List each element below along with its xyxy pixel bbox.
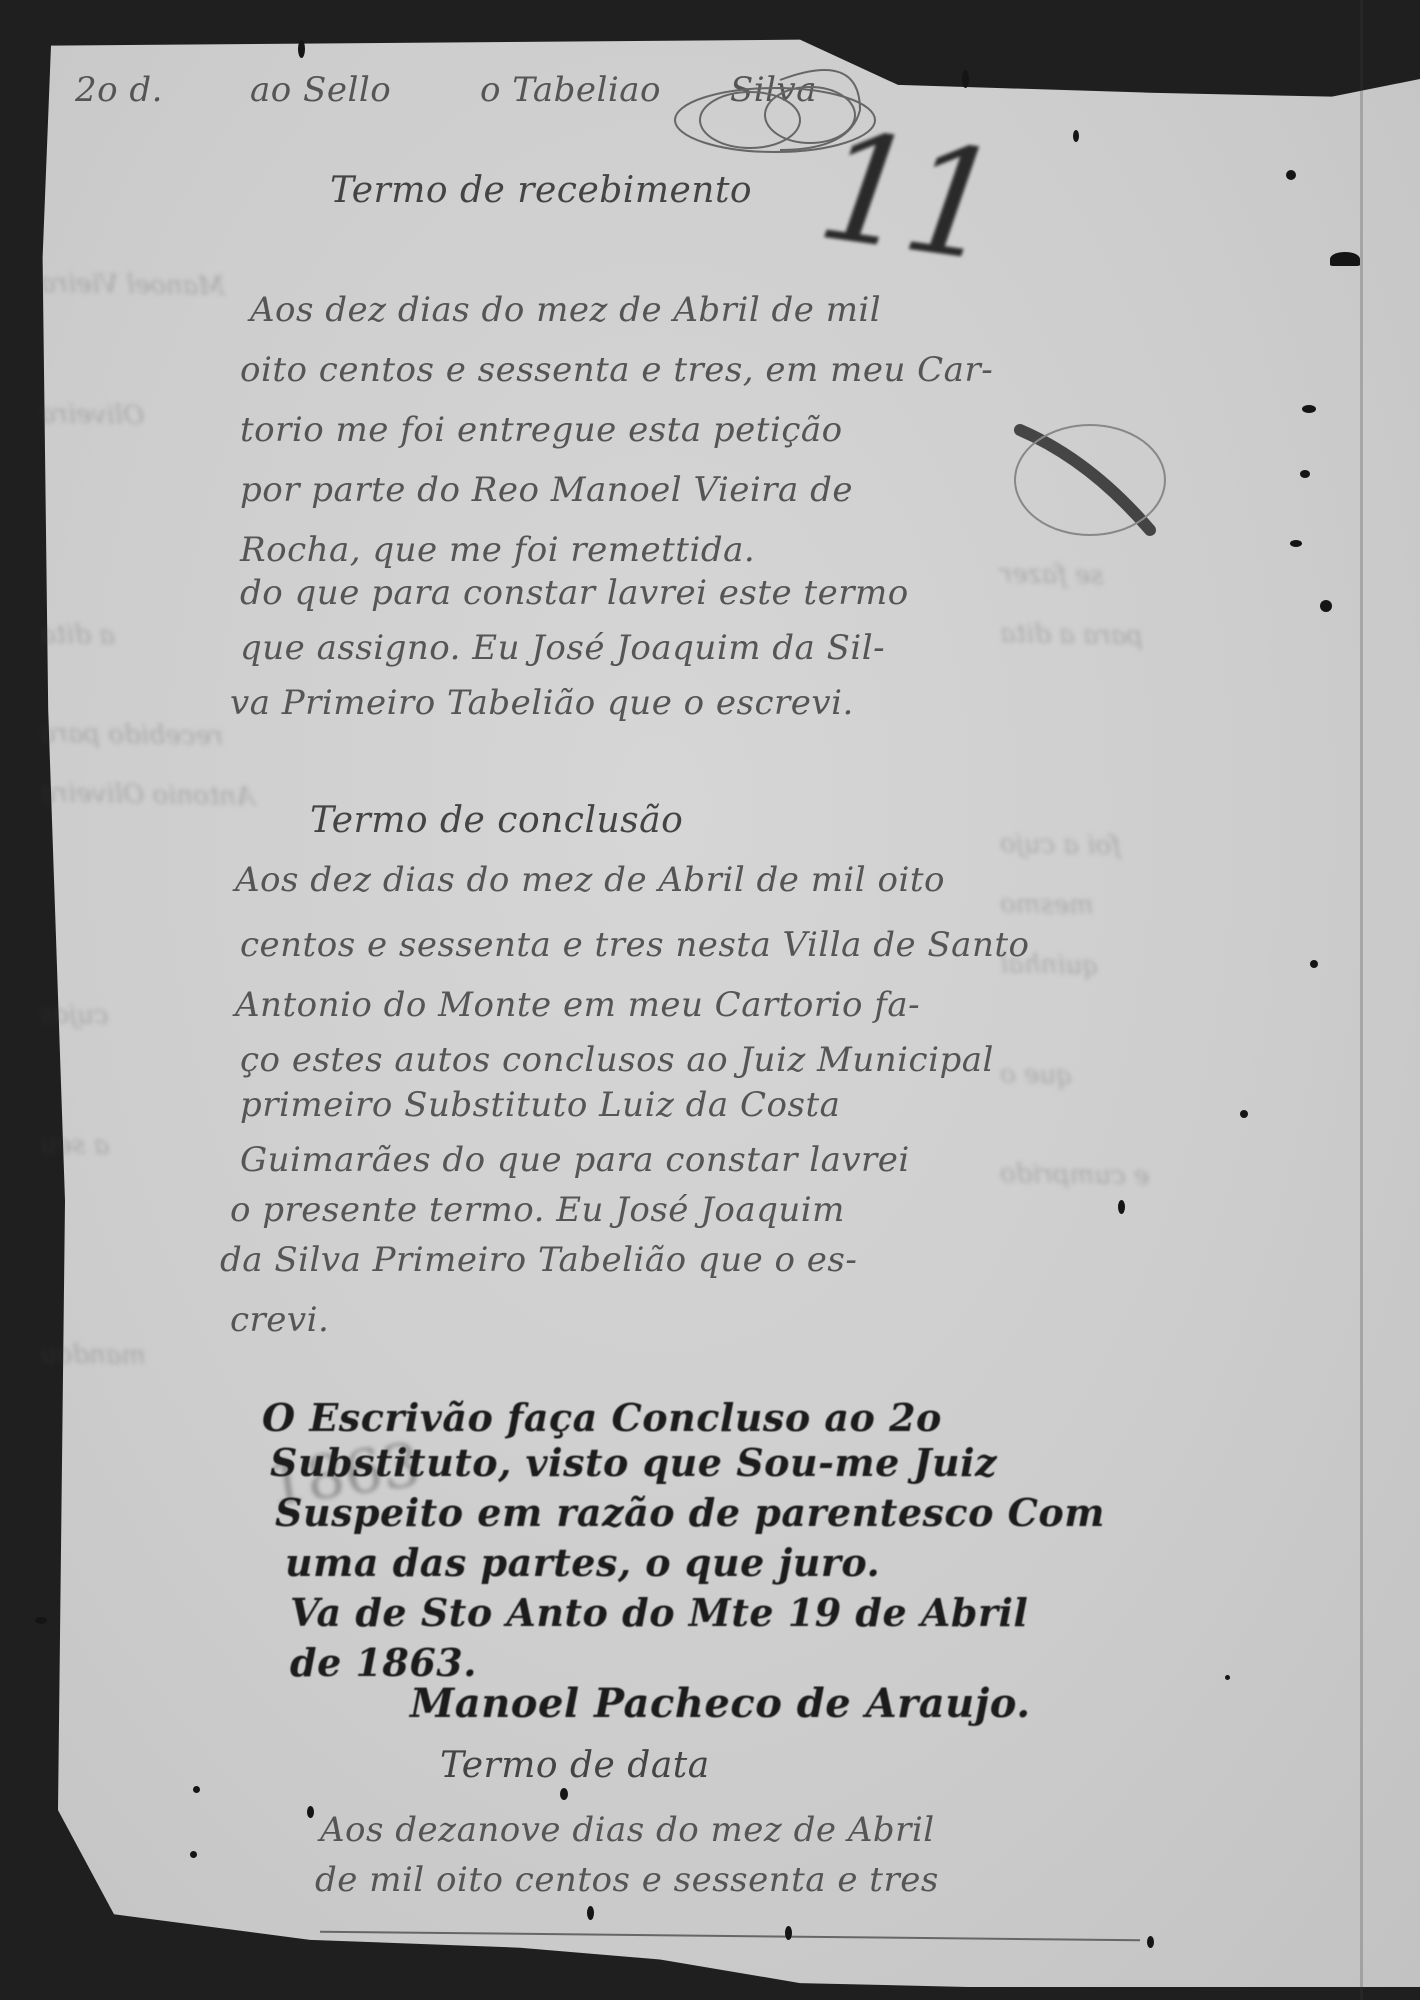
- text-line: Rocha, que me foi remettida.: [240, 530, 755, 570]
- text-line: va Primeiro Tabelião que o escrevi.: [230, 683, 854, 723]
- ink-spot: [1302, 405, 1316, 413]
- section-heading-conclusao: Termo de conclusão: [310, 800, 683, 841]
- text-line: por parte do Reo Manoel Vieira de: [240, 470, 853, 510]
- header-tabeliao: o Tabeliao: [480, 70, 661, 110]
- header-sello: ao Sello: [250, 70, 391, 110]
- text-line: Guimarães do que para constar lavrei: [240, 1140, 910, 1180]
- text-line: centos e sessenta e tres nesta Villa de …: [240, 925, 1029, 965]
- ink-spot: [1240, 1110, 1248, 1118]
- bleed-through-text: Antonio Oliveira: [40, 778, 255, 812]
- ink-spot: [35, 1617, 47, 1624]
- text-line: torio me foi entregue esta petição: [240, 410, 843, 450]
- header-fee-note: 2o d.: [75, 70, 163, 110]
- bleed-through-text: cujos: [40, 999, 109, 1030]
- bleed-through-text: foi a cujo: [1000, 829, 1121, 861]
- bleed-through-text: mandou: [40, 1339, 146, 1371]
- bleed-through-text: Manoel Vieira: [40, 268, 225, 301]
- ink-spot: [190, 1851, 197, 1858]
- text-line: Aos dez dias do mez de Abril de mil oito: [235, 860, 945, 900]
- ink-spot: [1310, 960, 1318, 968]
- bleed-through-text: Oliveira: [40, 399, 145, 431]
- ink-spot: [307, 1806, 314, 1818]
- folio-number: 11: [809, 99, 1002, 295]
- text-line: primeiro Substituto Luiz da Costa: [240, 1085, 840, 1125]
- ink-spot: [1073, 130, 1079, 142]
- ink-spot: [1286, 170, 1296, 180]
- text-line: crevi.: [230, 1300, 329, 1340]
- ink-spot: [1330, 252, 1360, 266]
- bleed-through-text: a dita: [40, 619, 115, 650]
- bleed-through-text: recebido para: [40, 718, 224, 751]
- ink-spot: [1147, 1936, 1154, 1948]
- ink-spot: [560, 1788, 568, 1800]
- text-line: ço estes autos conclusos ao Juiz Municip…: [240, 1040, 994, 1080]
- text-line: Va de Sto Anto do Mte 19 de Abril: [290, 1590, 1028, 1635]
- bleed-through-text: que o: [1000, 1059, 1073, 1090]
- ink-spot: [1290, 540, 1302, 547]
- bleed-through-text: se fazer: [1000, 559, 1104, 591]
- text-line: que assigno. Eu José Joaquim da Sil-: [240, 628, 885, 668]
- text-line: o presente termo. Eu José Joaquim: [230, 1190, 845, 1230]
- bleed-through-text: e cumprido: [1000, 1159, 1150, 1192]
- ink-spot: [298, 40, 305, 58]
- text-line: oito centos e sessenta e tres, em meu Ca…: [240, 350, 993, 390]
- ink-spot: [962, 70, 969, 88]
- text-line: Suspeito em razão de parentesco Com: [275, 1490, 1105, 1535]
- text-line: uma das partes, o que juro.: [285, 1540, 880, 1585]
- text-line: do que para constar lavrei este termo: [240, 573, 909, 613]
- ink-spot: [785, 1926, 792, 1940]
- rubric-stroke-icon: [1010, 420, 1170, 540]
- bleed-through-text: para a dita: [1000, 619, 1144, 651]
- ink-spot: [1320, 600, 1332, 612]
- text-line: Aos dez dias do mez de Abril de mil: [250, 290, 881, 330]
- section-heading-recebimento: Termo de recebimento: [330, 170, 752, 211]
- section-heading-data: Termo de data: [440, 1745, 710, 1786]
- ink-spot: [587, 1906, 594, 1920]
- text-line: de mil oito centos e sessenta e tres: [315, 1860, 939, 1900]
- ink-spot: [1225, 1675, 1230, 1680]
- ink-spot: [1300, 470, 1310, 478]
- signature: Manoel Pacheco de Araujo.: [410, 1680, 1031, 1727]
- ink-spot: [193, 1786, 200, 1793]
- ink-spot: [1118, 1200, 1125, 1214]
- bleed-through-text: a seu: [40, 1129, 110, 1160]
- page-fold-line: [1360, 0, 1363, 2000]
- text-line: Aos dezanove dias do mez de Abril: [320, 1810, 935, 1850]
- text-line: Substituto, visto que Sou-me Juiz: [270, 1440, 997, 1485]
- text-line: de 1863.: [290, 1640, 477, 1685]
- text-line: O Escrivão faça Concluso ao 2o: [262, 1395, 942, 1440]
- text-line: da Silva Primeiro Tabelião que o es-: [220, 1240, 857, 1280]
- bleed-through-text: mesmo: [1000, 889, 1094, 921]
- text-line: Antonio do Monte em meu Cartorio fa-: [235, 985, 920, 1025]
